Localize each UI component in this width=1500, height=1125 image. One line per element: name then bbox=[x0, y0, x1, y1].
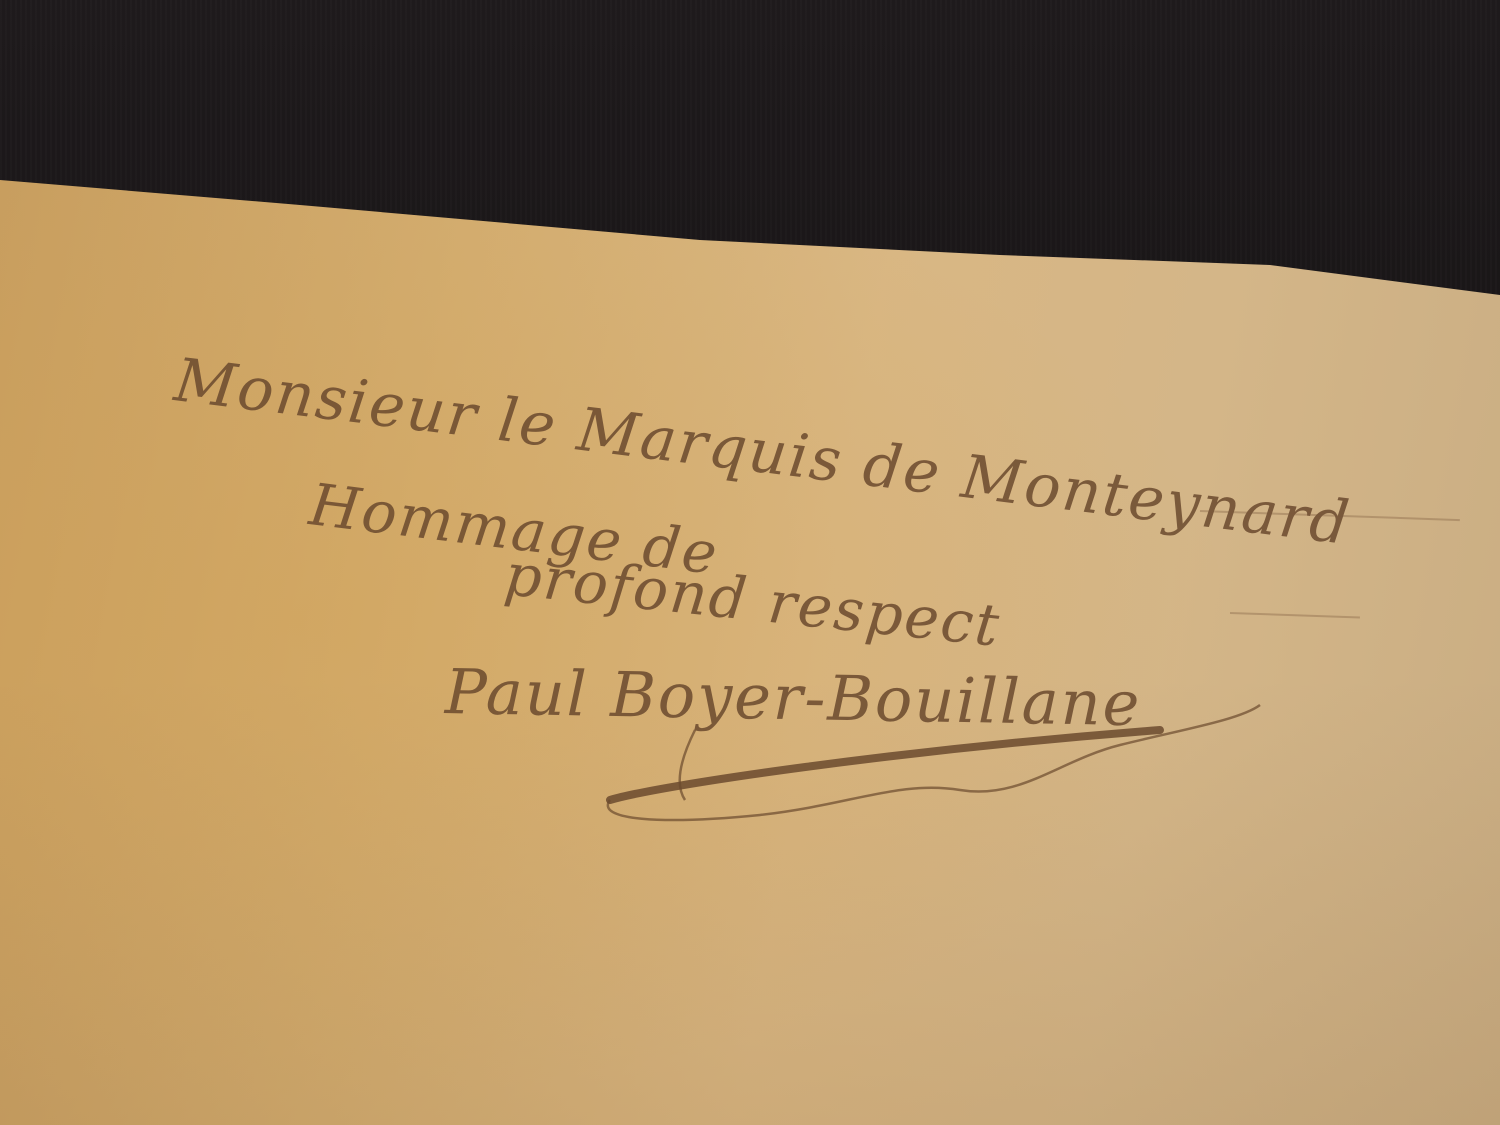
signature-flourish bbox=[600, 690, 1300, 830]
